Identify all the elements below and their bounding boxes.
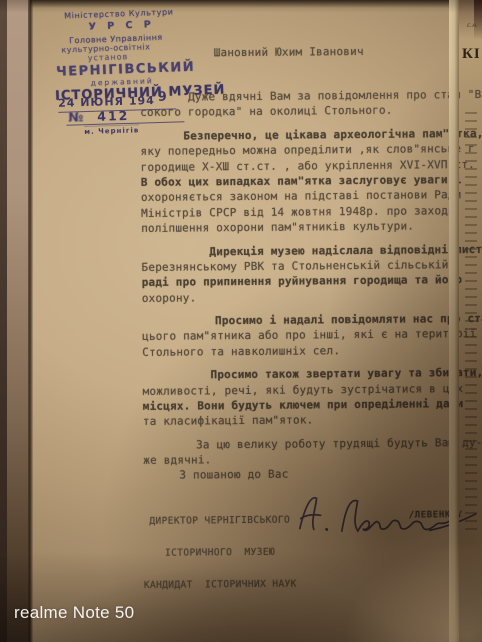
- stamp-date-year-written: 9: [157, 90, 167, 105]
- letter-paragraph: Безперечно, це цікава археологічна пам"я…: [140, 126, 482, 237]
- signature-title-line: ІСТОРИЧНОГО МУЗЕЮ: [136, 547, 304, 559]
- typed-line: охорону.: [142, 287, 482, 305]
- typed-line: сокого городка" на околиці Стольного.: [140, 102, 482, 120]
- adjacent-page-text-fragment: КІ: [462, 46, 481, 63]
- photo-corner-shadow: [474, 0, 482, 40]
- letter-body: Дуже вдячні Вам за повідомлення про стан…: [140, 87, 482, 477]
- letter-paragraph: Просимо і надалі повідомляти нас про ста…: [142, 311, 482, 360]
- signature-title-line: ДИРЕКТОР ЧЕРНІГІВСЬКОГО: [136, 515, 304, 527]
- book-binding-edge: [0, 0, 31, 642]
- camera-watermark: realme Note 50: [14, 603, 134, 623]
- stamp-line: У Р С Р: [88, 17, 212, 33]
- page-crease: [28, 0, 33, 642]
- letter-page: Міністерство Культури У Р С Р Головне Уп…: [30, 0, 455, 642]
- stamp-date-month: ИЮНЯ: [80, 95, 124, 109]
- stamp-date-day: 24: [58, 96, 76, 110]
- typed-line: Стольного та навколишніх сел.: [142, 342, 482, 360]
- stamp-date-year: 194: [129, 94, 155, 108]
- typed-line: же вдячні.: [143, 450, 482, 468]
- typed-line: Міністрів СРСР від 14 жовтня 1948р. про …: [141, 203, 482, 221]
- typed-line: цього пам"ятника або про інші, які є на …: [142, 326, 482, 344]
- typed-line: раді про припинення руйнування городища …: [142, 272, 482, 290]
- stamp-city: м. Чернігів: [84, 124, 139, 136]
- stamp-number-value: 412: [97, 108, 130, 124]
- letter-salutation: Шановний Юхим Іванович: [214, 45, 364, 59]
- numero-sign: №: [68, 109, 85, 124]
- typed-line: поліпшення охорони пам"ятників культури.: [141, 218, 482, 236]
- signature-titles: ДИРЕКТОР ЧЕРНІГІВСЬКОГО ІСТОРИЧНОГО МУЗЕ…: [136, 493, 305, 613]
- letter-paragraph: Просимо також звертати увагу та збирати,…: [142, 365, 482, 430]
- typed-line: За цю велику роботу трудящі будуть Вам д…: [143, 435, 482, 453]
- typed-line: та класифікації пам"яток.: [143, 411, 482, 429]
- letter-paragraph: За цю велику роботу трудящі будуть Вам д…: [143, 435, 482, 469]
- document-photo: Міністерство Культури У Р С Р Головне Уп…: [0, 0, 482, 642]
- museum-stamp: Міністерство Культури У Р С Р Головне Уп…: [52, 6, 215, 104]
- letter-paragraph: Дирекція музею надіслала відповідні лист…: [141, 241, 482, 306]
- page-right-edge: [449, 0, 459, 642]
- adjacent-page-tiny-text: с.н.: [467, 22, 478, 29]
- letter-closing: З пошаною до Вас: [179, 468, 288, 482]
- signature-title-line: КАНДИДАТ ІСТОРИЧНИХ НАУК: [136, 580, 304, 592]
